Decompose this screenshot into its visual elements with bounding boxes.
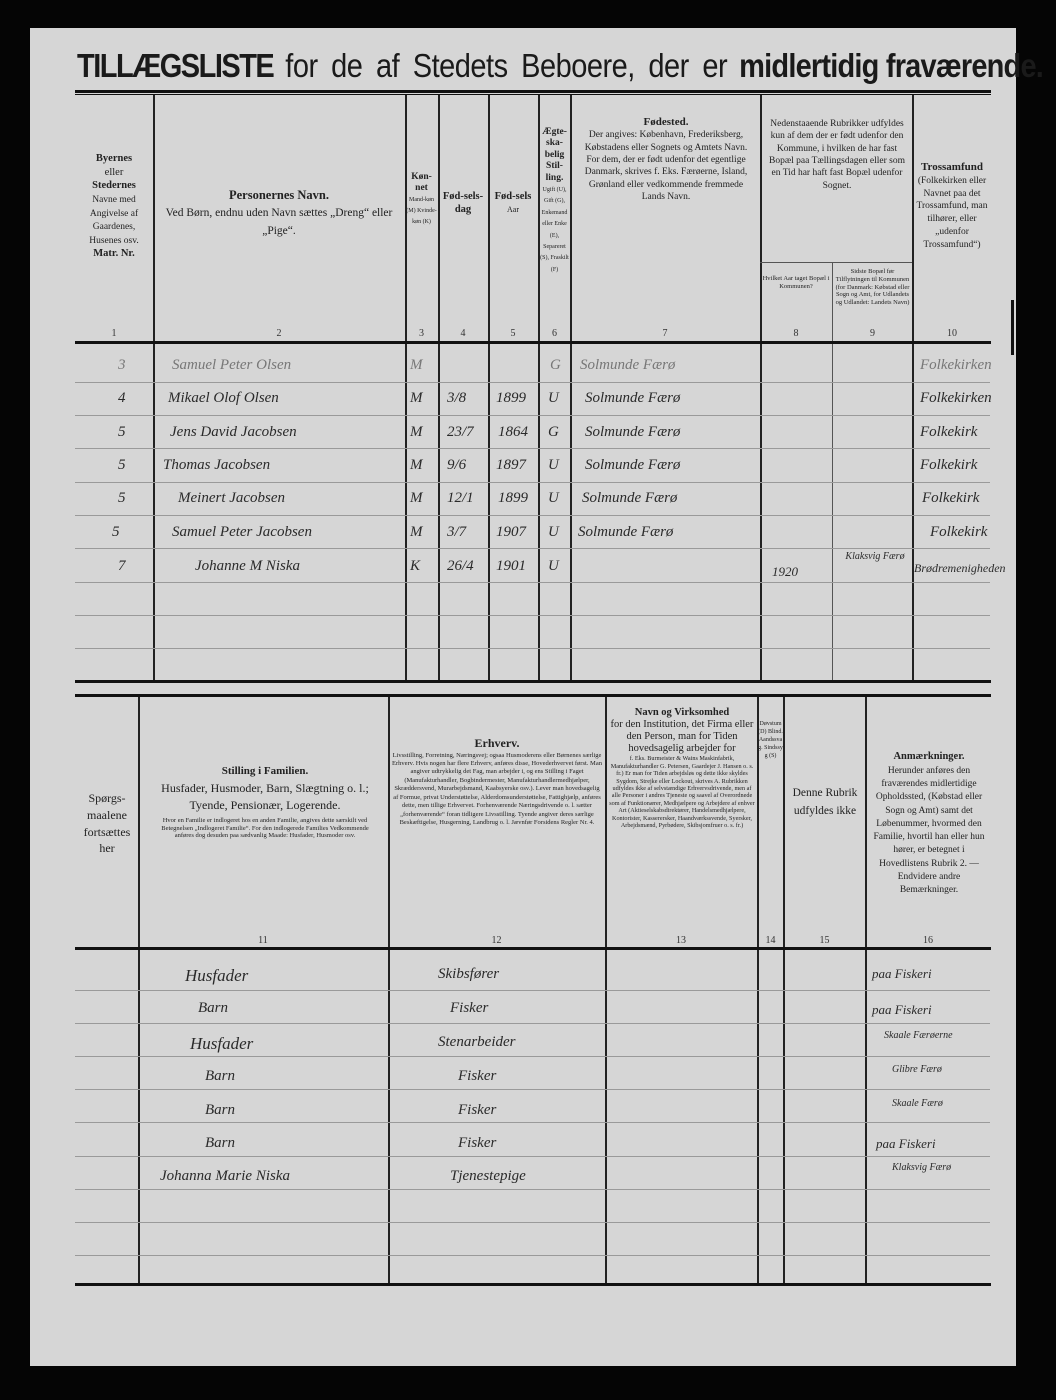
birthplace: Solmunde Færø xyxy=(578,524,673,541)
birth-day: 26/4 xyxy=(447,558,474,575)
remarks: Glibre Færø xyxy=(892,1064,952,1077)
header-col-8: Hvilket Aar taget Bopæl i Kommunen? xyxy=(762,275,830,291)
title-bold: TILLÆGSLISTE xyxy=(77,48,273,86)
header-col-7: Fødested. Der angives: København, Freder… xyxy=(578,115,754,203)
person-name: Thomas Jacobsen xyxy=(163,457,270,474)
col-divider xyxy=(153,95,155,680)
subheader-rule xyxy=(760,262,912,263)
family-position: Barn xyxy=(205,1068,235,1085)
sex: M xyxy=(410,424,423,441)
birth-year: 1907 xyxy=(496,524,526,541)
row-rule xyxy=(75,515,990,516)
row-rule xyxy=(75,548,990,549)
row-rule xyxy=(75,415,990,416)
column-number: 7 xyxy=(572,328,758,339)
person-name: Samuel Peter Olsen xyxy=(172,357,291,374)
section-rule xyxy=(75,680,991,683)
religion: Folkekirk xyxy=(930,524,987,541)
column-number: 15 xyxy=(785,935,864,946)
row-rule xyxy=(75,990,990,991)
column-number: 1 xyxy=(77,328,151,339)
header-col-13: Navn og Virksomhed for den Institution, … xyxy=(608,707,756,830)
column-number: 9 xyxy=(834,328,911,339)
remarks: paa Fiskeri xyxy=(872,1002,932,1018)
header-col-16: Anmærkninger. Herunder anføres den fravæ… xyxy=(870,750,988,898)
civil-status: U xyxy=(548,524,559,541)
row-rule xyxy=(75,648,990,649)
religion: Folkekirk xyxy=(922,490,979,507)
column-number: 11 xyxy=(140,935,386,946)
birthplace: Solmunde Færø xyxy=(580,357,675,374)
row-rule xyxy=(75,582,990,583)
remarks: paa Fiskeri xyxy=(872,966,932,982)
religion: Folkekirk xyxy=(920,424,977,441)
document-title: TILLÆGSLISTE for de af Stedets Beboere, … xyxy=(77,40,992,86)
header-col-10: Trossamfund (Folkekirken eller Navnet pa… xyxy=(914,160,990,252)
header-col-11: Stilling i Familien. Husfader, Husmoder,… xyxy=(160,762,370,840)
sex: M xyxy=(410,390,423,407)
col-divider xyxy=(832,262,833,680)
matr-nr: 5 xyxy=(118,490,126,507)
sex: M xyxy=(410,524,423,541)
civil-status: U xyxy=(548,558,559,575)
column-number: 13 xyxy=(607,935,755,946)
row-rule xyxy=(75,1255,990,1256)
family-position: Husfader xyxy=(185,966,248,986)
column-number: 4 xyxy=(440,328,486,339)
occupation: Tjenestepige xyxy=(450,1168,526,1185)
birth-year: 1899 xyxy=(496,390,526,407)
margin-mark xyxy=(1011,300,1014,355)
occupation: Skibsfører xyxy=(438,966,499,983)
family-position: Barn xyxy=(205,1102,235,1119)
matr-nr: 5 xyxy=(118,457,126,474)
header-rule xyxy=(75,341,991,344)
birthplace: Solmunde Færø xyxy=(585,424,680,441)
column-number: 8 xyxy=(762,328,830,339)
col-divider xyxy=(570,95,572,680)
person-name: Meinert Jacobsen xyxy=(178,490,285,507)
column-number: 16 xyxy=(867,935,989,946)
birth-year: 1897 xyxy=(496,457,526,474)
civil-status: U xyxy=(548,457,559,474)
row-rule xyxy=(75,1089,990,1090)
civil-status: G xyxy=(548,424,559,441)
occupation: Fisker xyxy=(458,1135,496,1152)
civil-status: G xyxy=(550,357,561,374)
previous-residence: Klaksvig Færø xyxy=(845,551,905,563)
occupation: Stenarbeider xyxy=(438,1034,515,1051)
row-rule xyxy=(75,615,990,616)
occupation: Fisker xyxy=(458,1102,496,1119)
religion: Folkekirken xyxy=(920,357,992,374)
column-number: 2 xyxy=(155,328,403,339)
birth-day: 23/7 xyxy=(447,424,474,441)
birthplace: Solmunde Færø xyxy=(585,457,680,474)
person-name: Samuel Peter Jacobsen xyxy=(172,524,312,541)
sex: K xyxy=(410,558,420,575)
column-number: 10 xyxy=(914,328,990,339)
civil-status: U xyxy=(548,490,559,507)
row-rule xyxy=(75,1023,990,1024)
birthplace: Solmunde Færø xyxy=(582,490,677,507)
sex: M xyxy=(410,490,423,507)
birth-year: 1901 xyxy=(496,558,526,575)
bottom-rule xyxy=(75,1283,991,1286)
title-middle: for de af Stedets Beboere, der er xyxy=(285,48,727,86)
religion: Folkekirken xyxy=(920,390,992,407)
matr-nr: 7 xyxy=(118,558,126,575)
person-name: Johanne M Niska xyxy=(195,558,300,575)
title-bold-end: midlertidig fraværende. xyxy=(739,48,1043,86)
column-number: 6 xyxy=(539,328,570,339)
row-rule xyxy=(75,1222,990,1223)
header-col-1: Byernes eller Stedernes Navne med Angive… xyxy=(77,152,151,261)
section-rule-2 xyxy=(75,694,991,697)
header-col-9: Sidste Bopæl før Tilflytningen til Kommu… xyxy=(834,268,911,307)
birthplace: Solmunde Færø xyxy=(585,390,680,407)
row-rule xyxy=(75,382,990,383)
column-number: 14 xyxy=(758,935,783,946)
birth-year: 1899 xyxy=(498,490,528,507)
remarks: Klaksvig Færø xyxy=(892,1162,952,1175)
birth-day: 3/8 xyxy=(447,390,466,407)
sex: M xyxy=(410,357,423,374)
matr-nr: 5 xyxy=(112,524,120,541)
header-col-2: Personernes Navn. Ved Børn, endnu uden N… xyxy=(160,186,398,240)
family-position: Barn xyxy=(198,1000,228,1017)
remarks: Skaale Færø xyxy=(892,1098,952,1111)
row-rule xyxy=(75,482,990,483)
family-position: Husfader xyxy=(190,1034,253,1054)
header-col-4: Fød-sels-dag xyxy=(440,190,486,216)
column-number: 3 xyxy=(406,328,437,339)
birth-day: 3/7 xyxy=(447,524,466,541)
column-number: 12 xyxy=(390,935,603,946)
religion: Folkekirk xyxy=(920,457,977,474)
row-rule xyxy=(75,1156,990,1157)
col-divider xyxy=(438,95,440,680)
header-col-14: Døvstum (D) Blind. Aandssvag. Sindssyg (… xyxy=(758,720,783,760)
family-position: Johanna Marie Niska xyxy=(160,1168,290,1185)
religion: Brødremenigheden xyxy=(914,561,1006,576)
person-name: Mikael Olof Olsen xyxy=(168,390,279,407)
row-rule xyxy=(75,1122,990,1123)
header-col-15: Denne Rubrik udfyldes ikke xyxy=(786,785,864,821)
occupation: Fisker xyxy=(450,1000,488,1017)
header-col-3: Køn-net Mand-køn (M) Kvinde-køn (K) xyxy=(406,172,437,227)
header-rule xyxy=(75,947,991,950)
birth-year: 1864 xyxy=(498,424,528,441)
header-col-6: Ægte-ska-belig Stil-ling. Ugift (U), Gif… xyxy=(539,127,570,275)
row-rule xyxy=(75,448,990,449)
occupation: Fisker xyxy=(458,1068,496,1085)
remarks: paa Fiskeri xyxy=(876,1136,936,1152)
row-rule xyxy=(75,1056,990,1057)
header-continued: Spørgs-maalene fortsættes her xyxy=(77,790,137,857)
matr-nr: 5 xyxy=(118,424,126,441)
column-number: 5 xyxy=(490,328,536,339)
col-divider xyxy=(760,95,762,680)
person-name: Jens David Jacobsen xyxy=(170,424,297,441)
header-col-5: Fød-sels Aar xyxy=(490,190,536,216)
col-divider xyxy=(488,95,490,680)
birth-day: 9/6 xyxy=(447,457,466,474)
matr-nr: 3 xyxy=(118,357,126,374)
header-group-8-9: Nedenstaaende Rubrikker udfyldes kun af … xyxy=(768,118,906,192)
remarks: Skaale Færøerne xyxy=(884,1030,974,1043)
civil-status: U xyxy=(548,390,559,407)
sex: M xyxy=(410,457,423,474)
title-rule xyxy=(75,90,991,93)
header-col-12: Erhverv. Livsstilling, Forretning, Nærin… xyxy=(392,736,602,828)
birth-day: 12/1 xyxy=(447,490,474,507)
family-position: Barn xyxy=(205,1135,235,1152)
title-rule-2 xyxy=(75,94,991,95)
matr-nr: 4 xyxy=(118,390,126,407)
row-rule xyxy=(75,1189,990,1190)
year-moved: 1920 xyxy=(772,564,798,580)
